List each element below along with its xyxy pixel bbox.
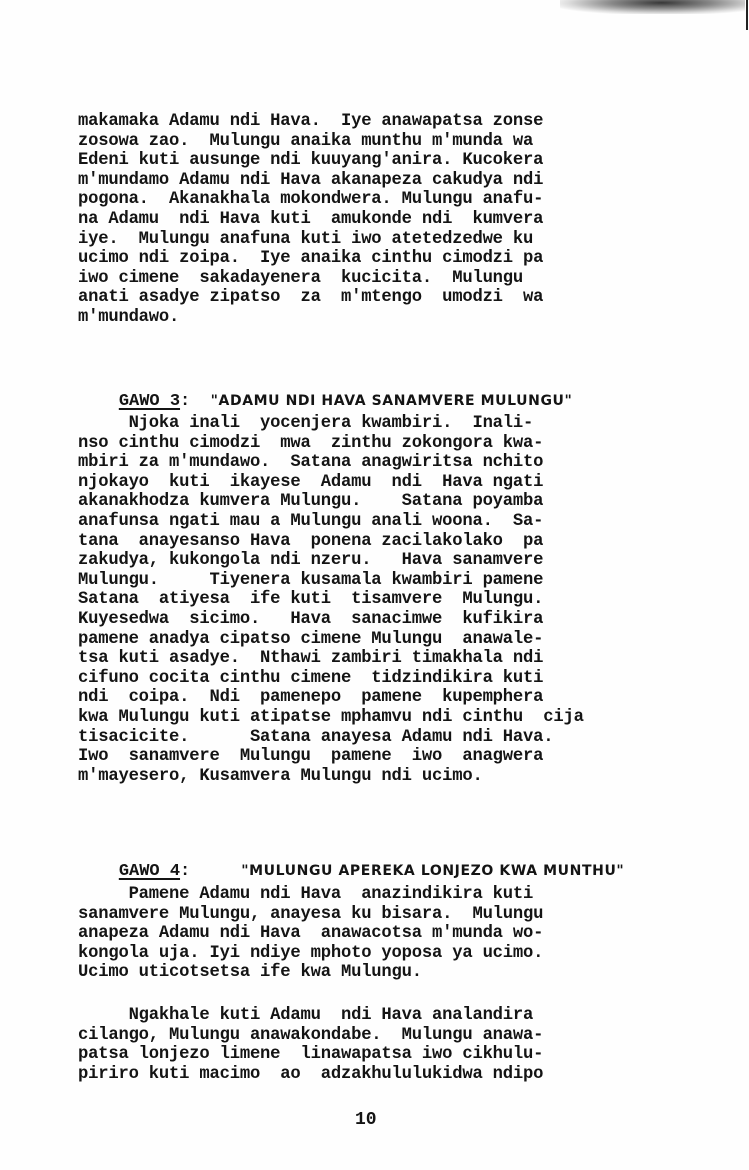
text-line: pamene anadya cipatso cimene Mulungu ana… (78, 630, 658, 650)
text-line: anafunsa ngati mau a Mulungu anali woona… (78, 512, 658, 532)
text-line: tisacicite. Satana anayesa Adamu ndi Hav… (78, 728, 658, 748)
text-line: piriro kuti macimo ao adzakhululukidwa n… (78, 1065, 658, 1085)
text-line: Njoka inali yocenjera kwambiri. Inali- (78, 414, 658, 434)
text-line: ndi coipa. Ndi pamenepo pamene kupempher… (78, 688, 658, 708)
paragraph-2: Njoka inali yocenjera kwambiri. Inali-ns… (78, 414, 658, 786)
text-line: Kuyesedwa sicimo. Hava sanacimwe kufikir… (78, 610, 658, 630)
scan-edge (746, 0, 748, 30)
section-4-title: "MULUNGU APEREKA LONJEZO KWA MUNTHU" (241, 863, 624, 879)
page-number: 10 (355, 1110, 377, 1130)
text-line: anati asadye zipatso za m'mtengo umodzi … (78, 288, 658, 308)
section-4-separator: : (180, 862, 190, 881)
text-line: pogona. Akanakhala mokondwera. Mulungu a… (78, 190, 658, 210)
text-line: Edeni kuti ausunge ndi kuuyang'anira. Ku… (78, 151, 658, 171)
text-line: Ngakhale kuti Adamu ndi Hava analandira (78, 1006, 658, 1026)
text-line: cifuno cocita cinthu cimene tidzindikira… (78, 669, 658, 689)
text-line: m'mundamo Adamu ndi Hava akanapeza cakud… (78, 171, 658, 191)
text-line: Ucimo uticotsetsa ife kwa Mulungu. (78, 963, 658, 983)
text-line: iye. Mulungu anafuna kuti iwo atetedzedw… (78, 230, 658, 250)
text-line: zosowa zao. Mulungu anaika munthu m'mund… (78, 132, 658, 152)
scanned-page: makamaka Adamu ndi Hava. Iye anawapatsa … (0, 0, 749, 1170)
text-line: kwa Mulungu kuti atipatse mphamvu ndi ci… (78, 708, 658, 728)
paragraph-3: Pamene Adamu ndi Hava anazindikira kutis… (78, 885, 658, 983)
text-line: makamaka Adamu ndi Hava. Iye anawapatsa … (78, 112, 658, 132)
text-line: anapeza Adamu ndi Hava anawacotsa m'mund… (78, 924, 658, 944)
section-4-label: GAWO 4 (119, 862, 180, 881)
text-line: ucimo ndi zoipa. Iye anaika cinthu cimod… (78, 249, 658, 269)
text-line: patsa lonjezo limene linawapatsa iwo cik… (78, 1045, 658, 1065)
text-line: njokayo kuti ikayese Adamu ndi Hava ngat… (78, 473, 658, 493)
section-3-title: "ADAMU NDI HAVA SANAMVERE MULUNGU" (211, 393, 573, 409)
text-line: kongola uja. Iyi ndiye mphoto yoposa ya … (78, 944, 658, 964)
paragraph-4: Ngakhale kuti Adamu ndi Hava analandirac… (78, 1006, 658, 1084)
text-line: tana anayesanso Hava ponena zacilakolako… (78, 532, 658, 552)
text-line: Iwo sanamvere Mulungu pamene iwo anagwer… (78, 747, 658, 767)
text-line: mbiri za m'mundawo. Satana anagwiritsa n… (78, 453, 658, 473)
text-line: akanakhodza kumvera Mulungu. Satana poya… (78, 492, 658, 512)
text-line: nso cinthu cimodzi mwa zinthu zokongora … (78, 434, 658, 454)
text-line: zakudya, kukongola ndi nzeru. Hava sanam… (78, 551, 658, 571)
text-line: iwo cimene sakadayenera kucicita. Mulung… (78, 269, 658, 289)
text-line: sanamvere Mulungu, anayesa ku bisara. Mu… (78, 905, 658, 925)
text-line: m'mayesero, Kusamvera Mulungu ndi ucimo. (78, 767, 658, 787)
text-line: m'mundawo. (78, 308, 658, 328)
text-line: Pamene Adamu ndi Hava anazindikira kuti (78, 885, 658, 905)
text-line: Satana atiyesa ife kuti tisamvere Mulung… (78, 590, 658, 610)
paragraph-1: makamaka Adamu ndi Hava. Iye anawapatsa … (78, 112, 658, 328)
scan-smudge (560, 0, 745, 14)
section-3-separator: : (180, 392, 190, 411)
text-line: na Adamu ndi Hava kuti amukonde ndi kumv… (78, 210, 658, 230)
text-line: Mulungu. Tiyenera kusamala kwambiri pame… (78, 571, 658, 591)
text-line: tsa kuti asadye. Nthawi zambiri timakhal… (78, 649, 658, 669)
section-3-label: GAWO 3 (119, 392, 180, 411)
text-line: cilango, Mulungu anawakondabe. Mulungu a… (78, 1026, 658, 1046)
